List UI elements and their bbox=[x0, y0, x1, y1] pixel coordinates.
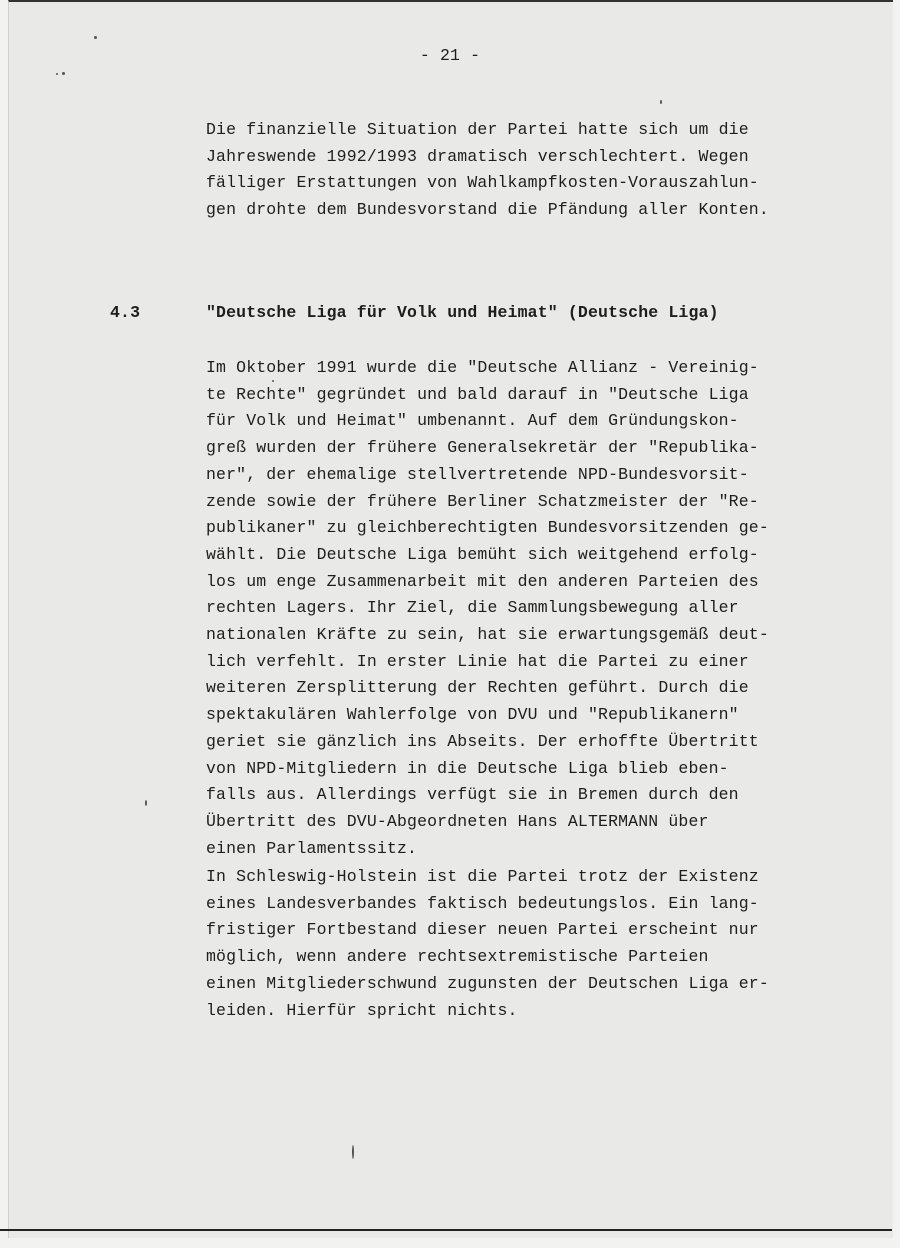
text-line: lich verfehlt. In erster Linie hat die P… bbox=[206, 649, 826, 676]
text-line: weiteren Zersplitterung der Rechten gefü… bbox=[206, 675, 826, 702]
paragraph-deutsche-liga-history: Im Oktober 1991 wurde die "Deutsche Alli… bbox=[206, 355, 826, 862]
text-line: möglich, wenn andere rechtsextremistisch… bbox=[206, 944, 826, 971]
text-line: In Schleswig-Holstein ist die Partei tro… bbox=[206, 864, 826, 891]
text-line: für Volk und Heimat" umbenannt. Auf dem … bbox=[206, 408, 826, 435]
text-line: eines Landesverbandes faktisch bedeutung… bbox=[206, 891, 826, 918]
text-line: zende sowie der frühere Berliner Schatzm… bbox=[206, 489, 826, 516]
text-line: von NPD-Mitgliedern in die Deutsche Liga… bbox=[206, 756, 826, 783]
section-title: "Deutsche Liga für Volk und Heimat" (Deu… bbox=[206, 303, 719, 322]
paragraph-schleswig-holstein: In Schleswig-Holstein ist die Partei tro… bbox=[206, 864, 826, 1024]
scan-speck bbox=[62, 72, 65, 75]
text-line: greß wurden der frühere Generalsekretär … bbox=[206, 435, 826, 462]
text-line: publikaner" zu gleichberechtigten Bundes… bbox=[206, 515, 826, 542]
paragraph-financial-situation: Die finanzielle Situation der Partei hat… bbox=[206, 117, 826, 223]
text-line: wählt. Die Deutsche Liga bemüht sich wei… bbox=[206, 542, 826, 569]
text-line: einen Parlamentssitz. bbox=[206, 836, 826, 863]
text-line: rechten Lagers. Ihr Ziel, die Sammlungsb… bbox=[206, 595, 826, 622]
text-line: los um enge Zusammenarbeit mit den ander… bbox=[206, 569, 826, 596]
scan-speck bbox=[56, 73, 58, 75]
text-line: ner", der ehemalige stellvertretende NPD… bbox=[206, 462, 826, 489]
text-line: leiden. Hierfür spricht nichts. bbox=[206, 998, 826, 1025]
text-line: einen Mitgliederschwund zugunsten der De… bbox=[206, 971, 826, 998]
scan-speck bbox=[272, 380, 274, 382]
page-bottom-rule bbox=[0, 1229, 892, 1231]
text-line: Im Oktober 1991 wurde die "Deutsche Alli… bbox=[206, 355, 826, 382]
text-line: Die finanzielle Situation der Partei hat… bbox=[206, 117, 826, 144]
text-line: spektakulären Wahlerfolge von DVU und "R… bbox=[206, 702, 826, 729]
page-number: - 21 - bbox=[0, 46, 900, 65]
scan-speck bbox=[94, 36, 97, 39]
scan-speck bbox=[145, 800, 147, 806]
text-line: Jahreswende 1992/1993 dramatisch verschl… bbox=[206, 144, 826, 171]
text-line: geriet sie gänzlich ins Abseits. Der erh… bbox=[206, 729, 826, 756]
scan-speck bbox=[352, 1145, 354, 1159]
text-line: nationalen Kräfte zu sein, hat sie erwar… bbox=[206, 622, 826, 649]
text-line: fristiger Fortbestand dieser neuen Parte… bbox=[206, 917, 826, 944]
text-line: falls aus. Allerdings verfügt sie in Bre… bbox=[206, 782, 826, 809]
scan-speck bbox=[660, 100, 662, 104]
text-line: fälliger Erstattungen von Wahlkampfkoste… bbox=[206, 170, 826, 197]
section-number: 4.3 bbox=[110, 303, 140, 322]
text-line: te Rechte" gegründet und bald darauf in … bbox=[206, 382, 826, 409]
text-line: gen drohte dem Bundesvorstand die Pfändu… bbox=[206, 197, 826, 224]
text-line: Übertritt des DVU-Abgeordneten Hans ALTE… bbox=[206, 809, 826, 836]
